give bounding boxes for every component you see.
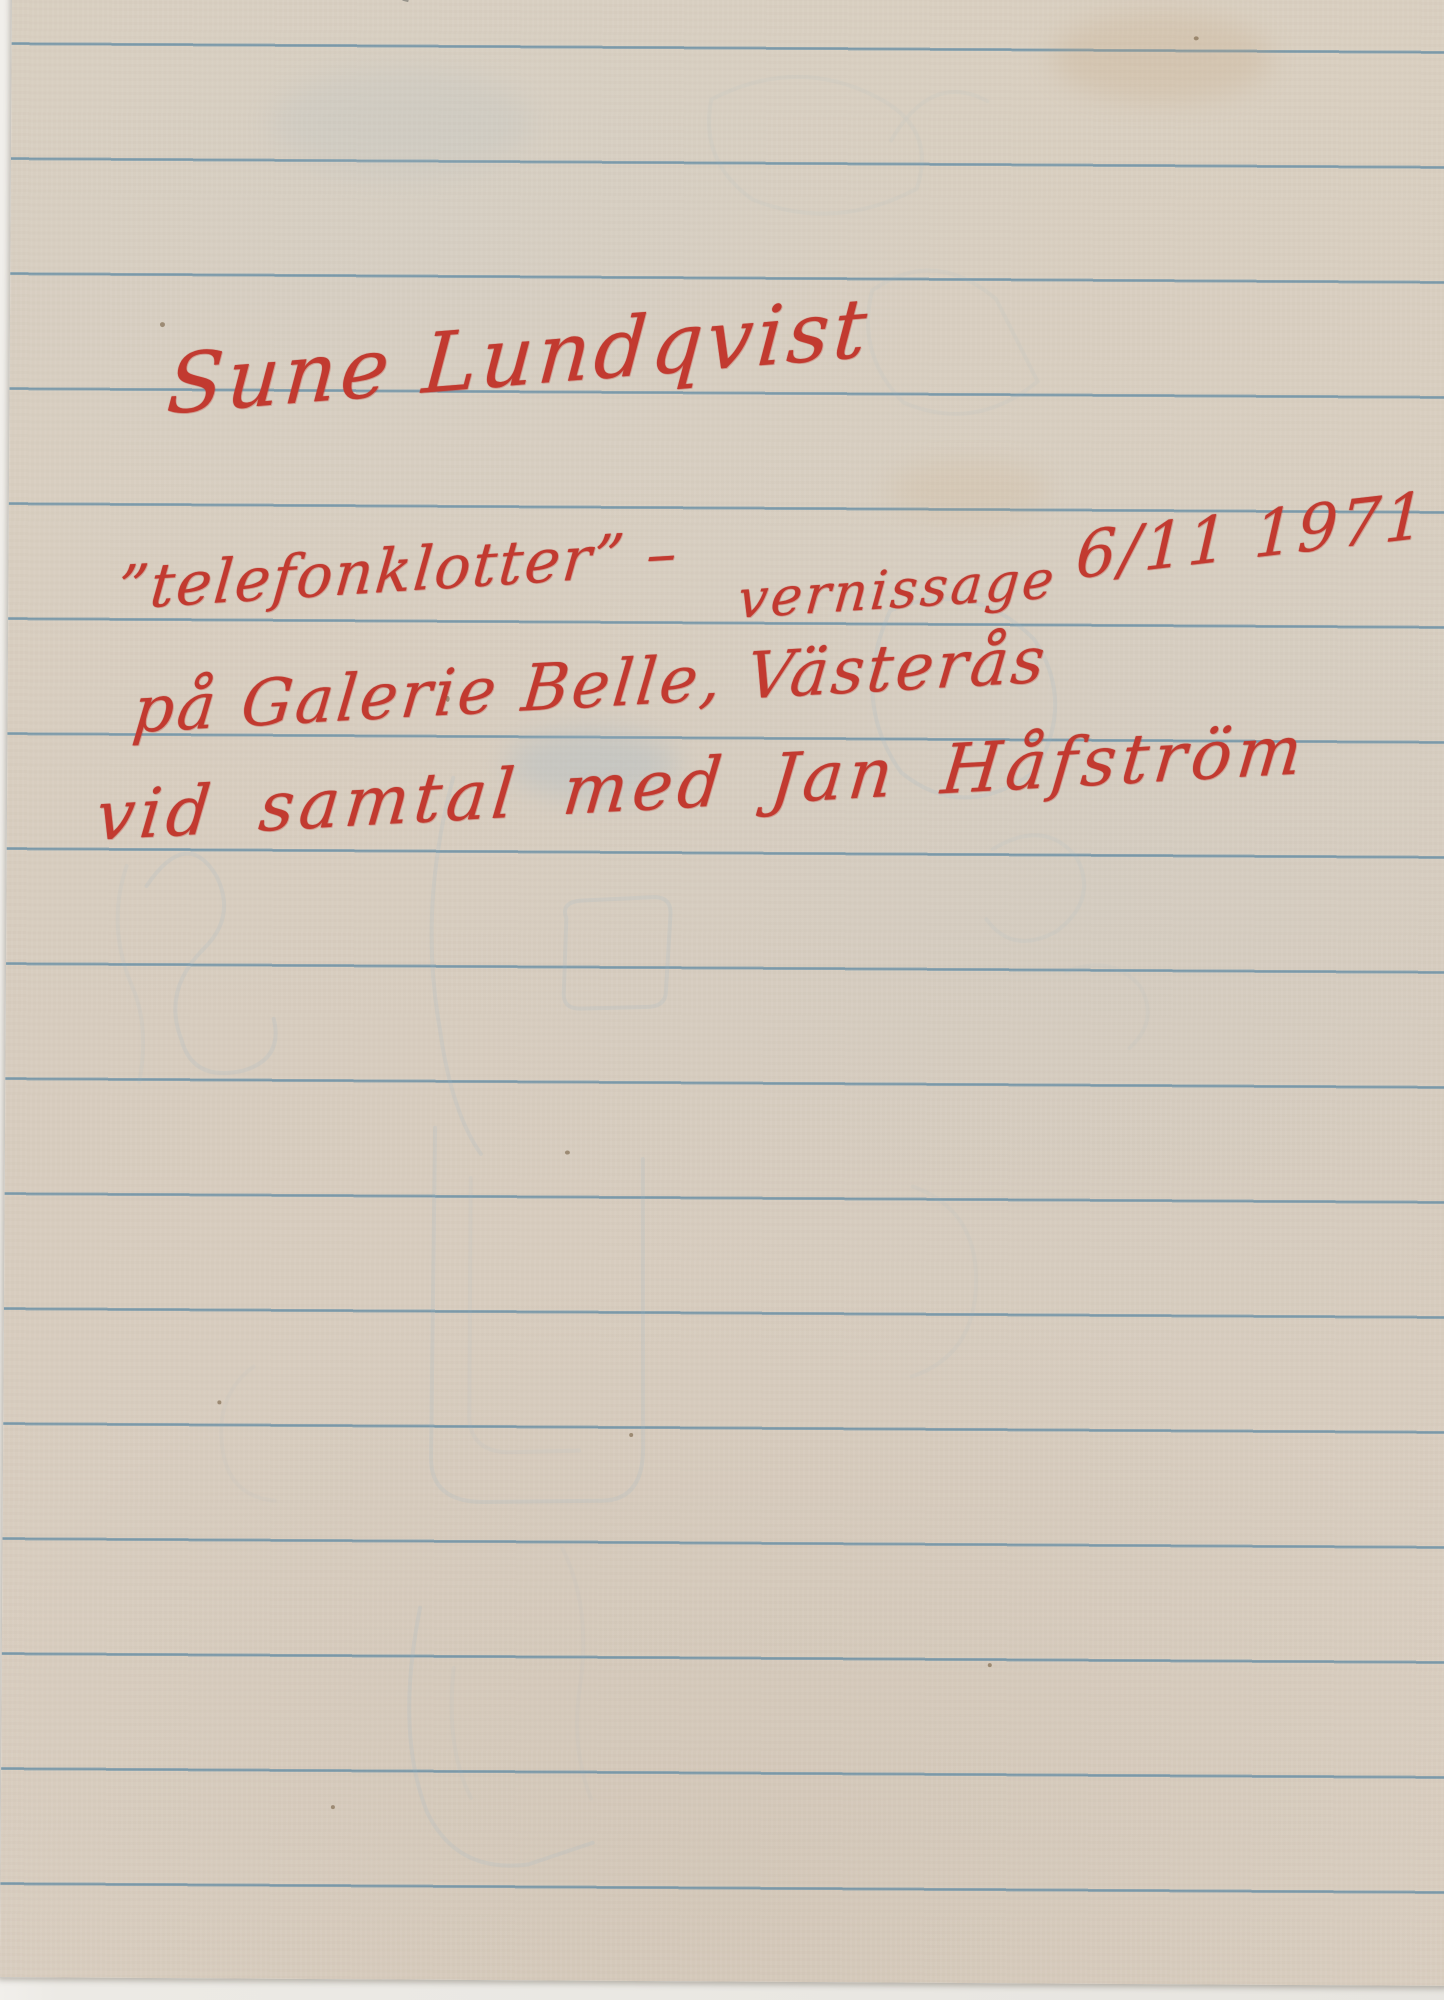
paper-speck [629, 1433, 633, 1437]
paper-speck [565, 1151, 570, 1155]
paper-speck [160, 322, 165, 327]
tan-stain-mid [889, 461, 1049, 522]
paper-sheet: Sune Lundqvist ”telefonklotter” – vernis… [0, 0, 1444, 1986]
scan-backdrop: Sune Lundqvist ”telefonklotter” – vernis… [0, 0, 1444, 2000]
paper-speck [1194, 36, 1199, 40]
tan-stain-top-right [1051, 11, 1272, 102]
paper-speck [217, 1400, 221, 1404]
paper-speck [331, 1805, 335, 1809]
paper-speck [988, 1663, 992, 1667]
gray-smudge-top [271, 67, 532, 179]
